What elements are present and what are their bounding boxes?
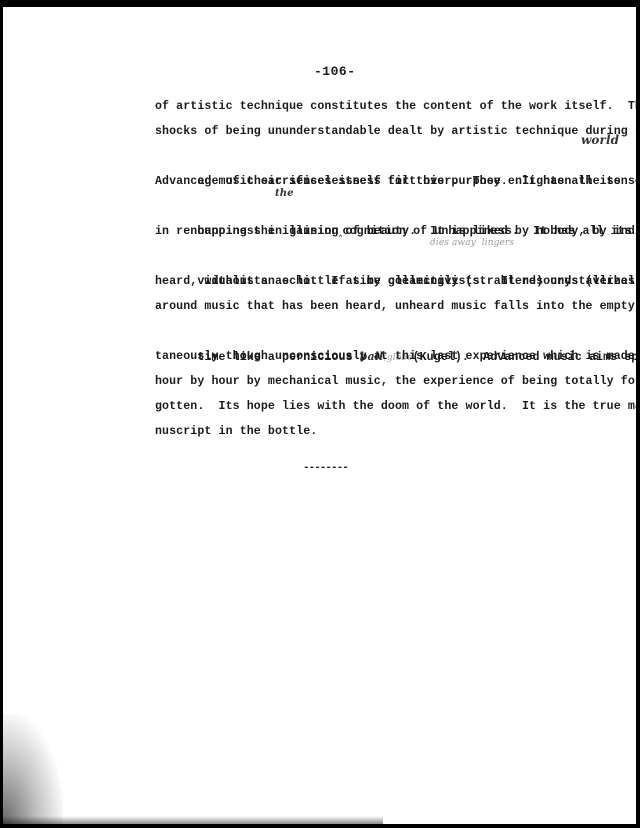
text-line-10: time like a pernicious ball(globe(Kugel)… (155, 319, 625, 344)
handwritten-world: world (581, 128, 619, 153)
text-line-13: gotten. Its hope lies with the doom of t… (155, 394, 625, 419)
handwritten-the: the (275, 181, 294, 206)
text-line-2: shocks of being ununderstandable dealt b… (155, 119, 625, 144)
text-line-4: Advanced music sacrifices itself for thi… (155, 169, 625, 194)
page-number: -106- (314, 64, 356, 79)
text-line-5: happiness in gaining‸cognition of unhapp… (155, 194, 625, 219)
text-line-9: around music that has been heard, unhear… (155, 294, 625, 319)
handwritten-dies-away-lingers: dies away lingers (430, 231, 514, 256)
text-line-11: taneously though unconsciously at this l… (155, 344, 625, 369)
text-line-7: vidualists as little as by collectivists… (155, 244, 625, 269)
text-line-8: heard, without an echo. If time gleaming… (155, 269, 625, 294)
document-page: -106- of artistic technique constitutes … (3, 7, 636, 824)
body-text: of artistic technique constitutes the co… (155, 94, 625, 444)
text-line-12: hour by hour by mechanical music, the ex… (155, 369, 625, 394)
section-separator: -------- (303, 462, 348, 474)
text-line-1: of artistic technique constitutes the co… (155, 94, 625, 119)
text-line-3: age of their senselessness tilt over. Th… (155, 144, 625, 169)
text-line-6: in renouncing the illusion of beauty. It… (155, 219, 625, 244)
text-line-14: nuscript in the bottle. (155, 419, 625, 444)
